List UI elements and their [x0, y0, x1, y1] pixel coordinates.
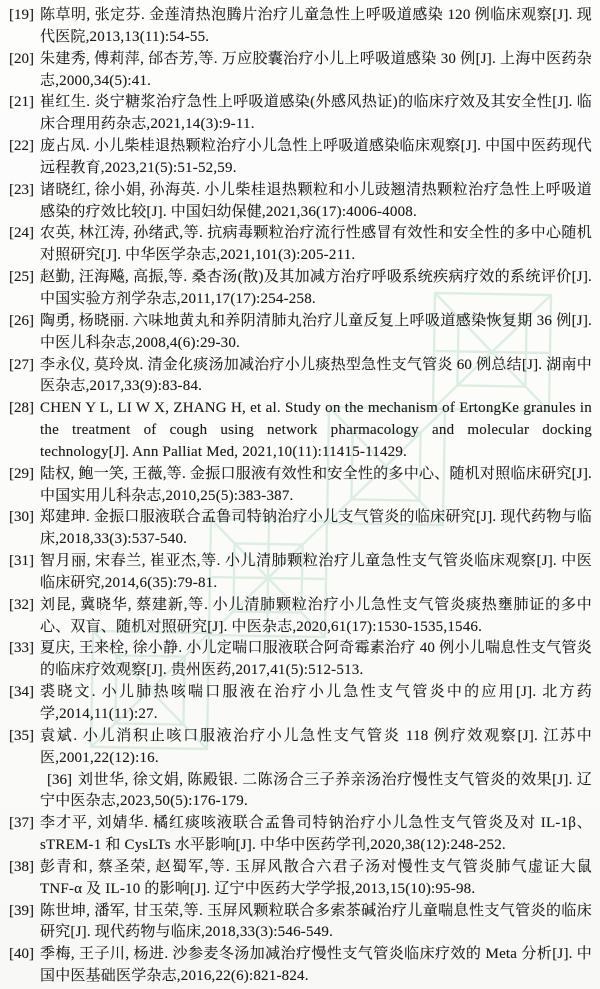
references-list: [19]陈草明, 张定芬. 金莲清热泡腾片治疗儿童急性上呼吸道感染 120 例临… — [9, 5, 592, 988]
reference-number: [20] — [9, 49, 34, 71]
reference-number: [25] — [9, 267, 34, 289]
reference-item: [31]智月丽, 宋春兰, 崔亚杰,等. 小儿清肺颗粒治疗儿童急性支气管炎临床观… — [9, 551, 592, 595]
reference-number: [36] — [9, 770, 72, 792]
reference-text: 李才平, 刘婧华. 橘红痰咳液联合孟鲁司特钠治疗小儿急性支气管炎及对 IL-1β… — [40, 815, 592, 853]
reference-number: [39] — [9, 901, 34, 923]
reference-number: [40] — [9, 944, 34, 966]
reference-number: [26] — [9, 311, 34, 333]
reference-text: 诸晓红, 徐小娟, 孙海英. 小儿柴桂退热颗粒和小儿豉翘清热颗粒治疗急性上呼吸道… — [40, 182, 592, 220]
reference-text: 崔红生. 炎宁糖浆治疗急性上呼吸道感染(外感风热证)的临床疗效及其安全性[J].… — [40, 94, 592, 132]
reference-number: [31] — [9, 551, 34, 573]
reference-item: [19]陈草明, 张定芬. 金莲清热泡腾片治疗儿童急性上呼吸道感染 120 例临… — [9, 5, 592, 49]
reference-item: [32]刘昆, 冀晓华, 蔡建新,等. 小儿清肺颗粒治疗小儿急性支气管炎痰热壅肺… — [9, 595, 592, 639]
reference-number: [38] — [9, 857, 34, 879]
reference-text: 陆权, 鲍一笑, 王薇,等. 金振口服液有效性和安全性的多中心、随机对照临床研究… — [40, 466, 592, 504]
reference-number: [35] — [9, 726, 34, 748]
reference-item: [22]庞占凤. 小儿柴桂退热颗粒治疗小儿急性上呼吸道感染临床观察[J]. 中国… — [9, 136, 592, 180]
reference-text: 陈世坤, 潘军, 甘玉荣,等. 玉屏风颗粒联合多索茶碱治疗儿童喘息性支气管炎的临… — [40, 903, 592, 941]
reference-item: [30]郑建珅. 金振口服液联合孟鲁司特钠治疗小儿支气管炎的临床研究[J]. 现… — [9, 507, 592, 551]
reference-number: [32] — [9, 595, 34, 617]
reference-number: [19] — [9, 5, 34, 27]
reference-number: [37] — [9, 813, 34, 835]
reference-number: [22] — [9, 136, 34, 158]
reference-item: [26]陶勇, 杨晓丽. 六味地黄丸和养阴清肺丸治疗儿童反复上呼吸道感染恢复期 … — [9, 311, 592, 355]
reference-number: [29] — [9, 464, 34, 486]
reference-text: 赵勤, 汪海飚, 高振,等. 桑杏汤(散)及其加减方治疗呼吸系统疾病疗效的系统评… — [40, 269, 592, 307]
reference-text: 裘晓文. 小儿肺热咳喘口服液在治疗小儿急性支气管炎中的应用[J]. 北方药学,2… — [40, 684, 592, 722]
reference-item: [25]赵勤, 汪海飚, 高振,等. 桑杏汤(散)及其加减方治疗呼吸系统疾病疗效… — [9, 267, 592, 311]
reference-number: [24] — [9, 223, 34, 245]
reference-item: [27]李永仪, 莫玲岚. 清金化痰汤加减治疗小儿痰热型急性支气管炎 60 例总… — [9, 355, 592, 399]
reference-text: 彭青和, 蔡圣荣, 赵蜀军,等. 玉屏风散合六君子汤对慢性支气管炎肺气虚证大鼠 … — [40, 859, 592, 897]
reference-item: [36]刘世华, 徐文娟, 陈殿银. 二陈汤合三子养亲汤治疗慢性支气管炎的效果[… — [9, 770, 592, 814]
document-page: [19]陈草明, 张定芬. 金莲清热泡腾片治疗儿童急性上呼吸道感染 120 例临… — [0, 0, 600, 989]
reference-text: 庞占凤. 小儿柴桂退热颗粒治疗小儿急性上呼吸道感染临床观察[J]. 中国中医药现… — [40, 138, 592, 176]
reference-item: [37]李才平, 刘婧华. 橘红痰咳液联合孟鲁司特钠治疗小儿急性支气管炎及对 I… — [9, 813, 592, 857]
reference-text: 李永仪, 莫玲岚. 清金化痰汤加减治疗小儿痰热型急性支气管炎 60 例总结[J]… — [40, 357, 592, 395]
reference-number: [21] — [9, 92, 34, 114]
reference-text: 陶勇, 杨晓丽. 六味地黄丸和养阴清肺丸治疗儿童反复上呼吸道感染恢复期 36 例… — [40, 313, 592, 351]
reference-text: 季梅, 王子川, 杨进. 沙参麦冬汤加减治疗慢性支气管炎临床疗效的 Meta 分… — [40, 946, 592, 984]
reference-item: [29]陆权, 鲍一笑, 王薇,等. 金振口服液有效性和安全性的多中心、随机对照… — [9, 464, 592, 508]
reference-text: 朱建秀, 傅莉萍, 邰杏芳,等. 万应胶囊治疗小儿上呼吸道感染 30 例[J].… — [40, 51, 592, 89]
reference-item: [33]夏庆, 王来栓, 徐小静. 小儿定喘口服液联合阿奇霉素治疗 40 例小儿… — [9, 638, 592, 682]
reference-item: [34]裘晓文. 小儿肺热咳喘口服液在治疗小儿急性支气管炎中的应用[J]. 北方… — [9, 682, 592, 726]
reference-text: 袁斌. 小儿消积止咳口服液治疗小儿急性支气管炎 118 例疗效观察[J]. 江苏… — [40, 728, 592, 766]
reference-text: CHEN Y L, LI W X, ZHANG H, et al. Study … — [40, 400, 592, 460]
reference-text: 夏庆, 王来栓, 徐小静. 小儿定喘口服液联合阿奇霉素治疗 40 例小儿喘息性支… — [40, 640, 592, 678]
reference-item: [20]朱建秀, 傅莉萍, 邰杏芳,等. 万应胶囊治疗小儿上呼吸道感染 30 例… — [9, 49, 592, 93]
reference-item: [35]袁斌. 小儿消积止咳口服液治疗小儿急性支气管炎 118 例疗效观察[J]… — [9, 726, 592, 770]
reference-number: [33] — [9, 638, 34, 660]
reference-item: [39]陈世坤, 潘军, 甘玉荣,等. 玉屏风颗粒联合多索茶碱治疗儿童喘息性支气… — [9, 901, 592, 945]
reference-number: [27] — [9, 355, 34, 377]
reference-text: 农英, 林江涛, 孙绪武,等. 抗病毒颗粒治疗流行性感冒有效性和安全性的多中心随… — [40, 225, 592, 263]
reference-item: [23]诸晓红, 徐小娟, 孙海英. 小儿柴桂退热颗粒和小儿豉翘清热颗粒治疗急性… — [9, 180, 592, 224]
reference-text: 陈草明, 张定芬. 金莲清热泡腾片治疗儿童急性上呼吸道感染 120 例临床观察[… — [40, 7, 592, 45]
reference-item: [24]农英, 林江涛, 孙绪武,等. 抗病毒颗粒治疗流行性感冒有效性和安全性的… — [9, 223, 592, 267]
reference-text: 郑建珅. 金振口服液联合孟鲁司特钠治疗小儿支气管炎的临床研究[J]. 现代药物与… — [40, 509, 592, 547]
reference-number: [28] — [9, 398, 34, 420]
reference-number: [30] — [9, 507, 34, 529]
reference-text: 智月丽, 宋春兰, 崔亚杰,等. 小儿清肺颗粒治疗儿童急性支气管炎临床观察[J]… — [40, 553, 592, 591]
reference-item: [38]彭青和, 蔡圣荣, 赵蜀军,等. 玉屏风散合六君子汤对慢性支气管炎肺气虚… — [9, 857, 592, 901]
reference-text: 刘昆, 冀晓华, 蔡建新,等. 小儿清肺颗粒治疗小儿急性支气管炎痰热壅肺证的多中… — [40, 597, 592, 635]
reference-item: [21]崔红生. 炎宁糖浆治疗急性上呼吸道感染(外感风热证)的临床疗效及其安全性… — [9, 92, 592, 136]
reference-number: [23] — [9, 180, 34, 202]
reference-number: [34] — [9, 682, 34, 704]
reference-text: 刘世华, 徐文娟, 陈殿银. 二陈汤合三子养亲汤治疗慢性支气管炎的效果[J]. … — [40, 772, 592, 810]
reference-item: [28]CHEN Y L, LI W X, ZHANG H, et al. St… — [9, 398, 592, 464]
reference-item: [40]季梅, 王子川, 杨进. 沙参麦冬汤加减治疗慢性支气管炎临床疗效的 Me… — [9, 944, 592, 988]
